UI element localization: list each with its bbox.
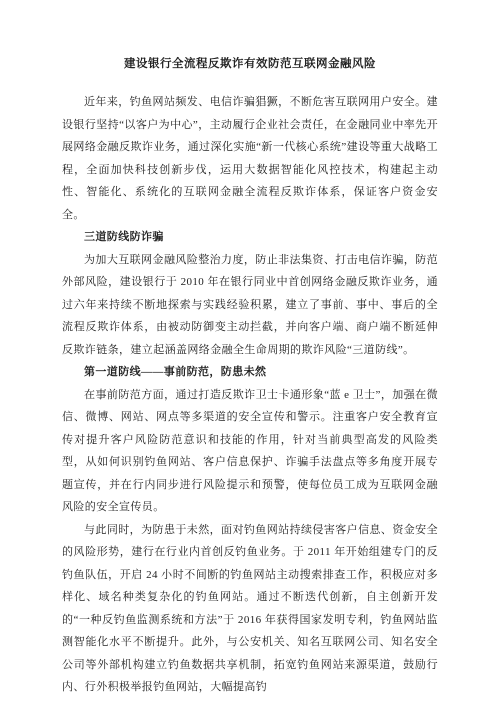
paragraph-pre-event-prevention: 在事前防范方面，通过打造反欺诈卫士卡通形象“蓝 e 卫士”，加强在微信、微博、网… bbox=[62, 384, 438, 519]
heading-first-line-of-defense: 第一道防线——事前防范，防患未然 bbox=[62, 361, 438, 384]
document-title: 建设银行全流程反欺诈有效防范互联网金融风险 bbox=[62, 52, 438, 76]
paragraph-anti-phishing: 与此同时，为防患于未然，面对钓鱼网站持续侵害客户信息、资金安全的风险形势，建行在… bbox=[62, 519, 438, 699]
paragraph-defense-system: 为加大互联网金融风险整治力度，防止非法集资、打击电信诈骗，防范外部风险，建设银行… bbox=[62, 249, 438, 362]
paragraph-overview: 近年来，钓鱼网站频发、电信诈骗猖獗，不断危害互联网用户安全。建设银行坚持“以客户… bbox=[62, 91, 438, 226]
heading-three-lines-of-defense: 三道防线防诈骗 bbox=[62, 226, 438, 249]
document-page: 建设银行全流程反欺诈有效防范互联网金融风险 近年来，钓鱼网站频发、电信诈骗猖獗，… bbox=[0, 0, 500, 707]
document-content: 建设银行全流程反欺诈有效防范互联网金融风险 近年来，钓鱼网站频发、电信诈骗猖獗，… bbox=[62, 52, 438, 699]
